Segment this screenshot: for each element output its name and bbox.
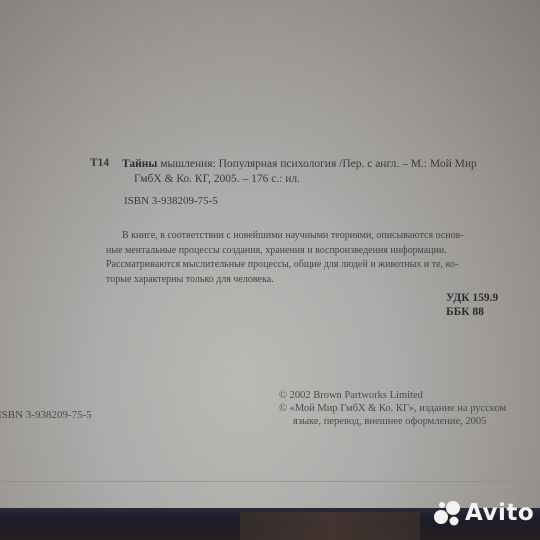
annotation: В книге, в соответствии с новейшими науч… (106, 229, 464, 287)
bibliographic-entry: Тайны мышления: Популярная психология /П… (122, 157, 477, 187)
page-edge-line (0, 481, 540, 482)
isbn-left: ISBN 3-938209-75-5 (0, 408, 92, 423)
copyright-line: языке, перевод, внешнее оформление, 2005 (279, 415, 506, 428)
book-title: Тайны (122, 158, 157, 170)
classification-codes: УДК 159.9 ББК 88 (446, 291, 498, 319)
isbn: ISBN 3-938209-75-5 (124, 194, 218, 209)
bbk-code: ББК 88 (446, 305, 498, 319)
avito-dots-icon (433, 500, 463, 526)
annotation-line: торые характерны только для человека. (106, 273, 464, 288)
udk-code: УДК 159.9 (446, 291, 498, 305)
avito-logo-text: Avito (465, 500, 534, 526)
bibliographic-line-1: мышления: Популярная психология /Пер. с … (157, 158, 476, 170)
annotation-line: ные ментальные процессы создания, хранен… (106, 244, 464, 259)
annotation-line: В книге, в соответствии с новейшими науч… (106, 229, 464, 244)
copyright-line: © 2002 Brown Partworks Limited (279, 389, 506, 402)
copyright-line: © «Мой Мир ГмбХ & Ко. КГ», издание на ру… (279, 402, 506, 415)
catalog-code: Т14 (90, 157, 109, 169)
annotation-line: Рассматриваются мыслительные процессы, о… (106, 258, 464, 273)
bibliographic-line-2: ГмбХ & Ко. КГ, 2005. – 176 с.: ил. (122, 172, 477, 187)
cover-spine-detail (240, 512, 420, 540)
copyright-block: © 2002 Brown Partworks Limited © «Мой Ми… (279, 389, 506, 428)
avito-watermark: Avito (433, 500, 534, 526)
